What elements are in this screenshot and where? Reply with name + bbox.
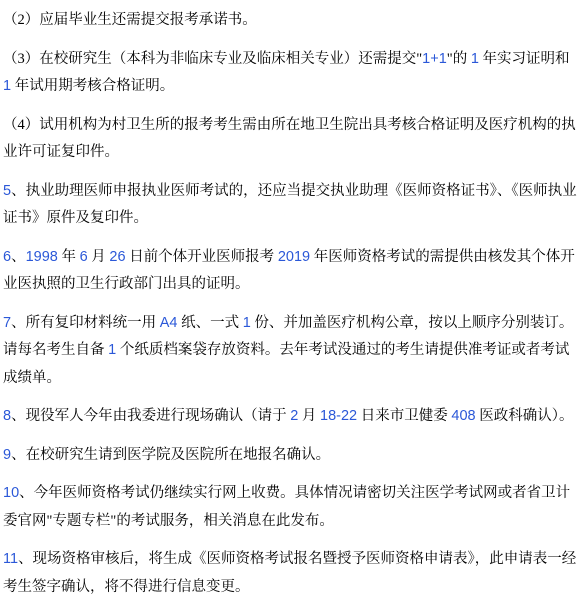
body-text: 年 xyxy=(58,249,80,265)
body-text: 、在校研究生请到医学院及医院所在地报名确认。 xyxy=(11,447,330,463)
numeric-text: 9 xyxy=(3,447,11,463)
numeric-text: 1+1 xyxy=(422,51,447,67)
body-text: 、今年医师资格考试仍继续实行网上收费。具体情况请密切关注医学考试网或者省卫计委官… xyxy=(3,485,570,529)
paragraph: （3）在校研究生（本科为非临床专业及临床相关专业）还需提交"1+1"的 1 年实… xyxy=(3,46,579,101)
body-text: 、所有复印材料统一用 xyxy=(11,315,160,331)
paragraph: （2）应届毕业生还需提交报考承诺书。 xyxy=(3,7,579,35)
body-text: 医政科确认）。 xyxy=(476,408,574,424)
paragraph: 9、在校研究生请到医学院及医院所在地报名确认。 xyxy=(3,442,579,470)
body-text: 日来市卫健委 xyxy=(357,408,451,424)
body-text: 、现场资格审核后，将生成《医师资格考试报名暨授予医师资格申请表》，此申请表一经考… xyxy=(3,551,576,595)
numeric-text: 1998 xyxy=(26,249,58,265)
paragraph: 8、现役军人今年由我委进行现场确认（请于 2 月 18-22 日来市卫健委 40… xyxy=(3,403,579,431)
paragraph: 7、所有复印材料统一用 A4 纸、一式 1 份、并加盖医疗机构公章，按以上顺序分… xyxy=(3,310,579,393)
body-text: 纸、一式 xyxy=(177,315,242,331)
paragraph: 6、1998 年 6 月 26 日前个体开业医师报考 2019 年医师资格考试的… xyxy=(3,244,579,299)
numeric-text: 408 xyxy=(451,408,475,424)
paragraph: （4）试用机构为村卫生所的报考考生需由所在地卫生院出具考核合格证明及医疗机构的执… xyxy=(3,112,579,167)
body-text: 、现役军人今年由我委进行现场确认（请于 xyxy=(11,408,290,424)
numeric-text: 6 xyxy=(80,249,88,265)
paragraph: 11、现场资格审核后，将生成《医师资格考试报名暨授予医师资格申请表》，此申请表一… xyxy=(3,546,579,599)
numeric-text: 18-22 xyxy=(320,408,357,424)
numeric-text: 1 xyxy=(108,342,116,358)
numeric-text: 26 xyxy=(109,249,125,265)
body-text: 月 xyxy=(88,249,110,265)
numeric-text: A4 xyxy=(160,315,178,331)
paragraph: 5、执业助理医师申报执业医师考试的，还应当提交执业助理《医师资格证书》、《医师执… xyxy=(3,178,579,233)
numeric-text: 1 xyxy=(471,51,479,67)
numeric-text: 8 xyxy=(3,408,11,424)
body-text: "的 xyxy=(447,51,471,67)
body-text: （3）在校研究生（本科为非临床专业及临床相关专业）还需提交" xyxy=(3,51,422,67)
numeric-text: 2019 xyxy=(278,249,310,265)
body-text: 月 xyxy=(298,408,320,424)
numeric-text: 11 xyxy=(3,551,18,567)
numeric-text: 7 xyxy=(3,315,11,331)
body-text: （2）应届毕业生还需提交报考承诺书。 xyxy=(3,12,257,28)
body-text: （4）试用机构为村卫生所的报考考生需由所在地卫生院出具考核合格证明及医疗机构的执… xyxy=(3,117,576,161)
body-text: 、执业助理医师申报执业医师考试的，还应当提交执业助理《医师资格证书》、《医师执业… xyxy=(3,183,577,227)
document-body: （2）应届毕业生还需提交报考承诺书。（3）在校研究生（本科为非临床专业及临床相关… xyxy=(0,0,582,599)
numeric-text: 6 xyxy=(3,249,11,265)
body-text: 年试用期考核合格证明。 xyxy=(11,78,174,94)
body-text: 日前个体开业医师报考 xyxy=(126,249,278,265)
paragraph: 10、今年医师资格考试仍继续实行网上收费。具体情况请密切关注医学考试网或者省卫计… xyxy=(3,480,579,535)
body-text: 年实习证明和 xyxy=(479,51,570,67)
numeric-text: 5 xyxy=(3,183,11,199)
body-text: 、 xyxy=(11,249,26,265)
numeric-text: 1 xyxy=(3,78,11,94)
numeric-text: 1 xyxy=(243,315,251,331)
numeric-text: 10 xyxy=(3,485,19,501)
